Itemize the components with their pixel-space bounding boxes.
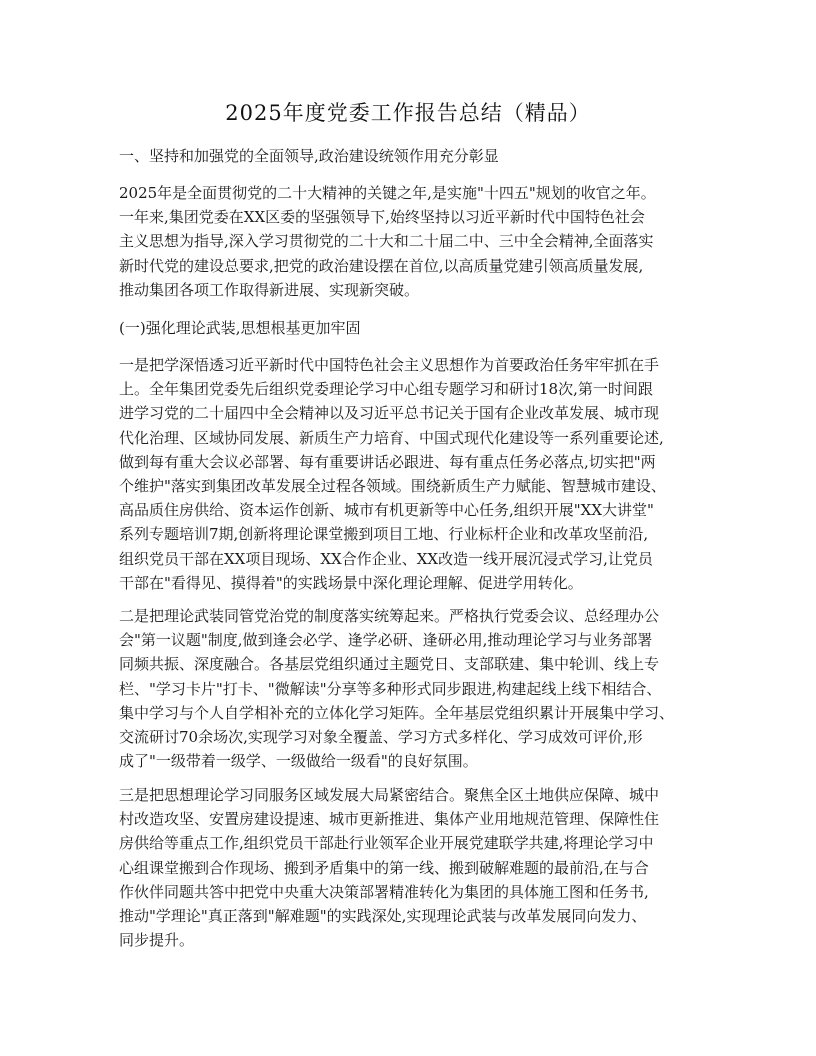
text-line: 三是把思想理论学习同服务区域发展大局紧密结合。聚焦全区土地供应保障、城中 — [119, 783, 659, 807]
text-line: 个维护"落实到集团改革发展全过程各领域。围绕新质生产力赋能、智慧城市建设、 — [119, 474, 666, 498]
text-line: 集中学习与个人自学相补充的立体化学习矩阵。全年基层党组织累计开展集中学习、 — [119, 701, 674, 725]
text-line: 2025年是全面贯彻党的二十大精神的关键之年,是实施"十四五"规划的收官之年。 — [119, 181, 656, 205]
text-line: 推动集团各项工作取得新进展、实现新突破。 — [119, 278, 656, 302]
section-heading: 一、坚持和加强党的全面领导,政治建设统领作用充分彰显 — [119, 145, 499, 166]
text-line: 组织党员干部在XX项目现场、XX合作企业、XX改造一线开展沉浸式学习,让党员 — [119, 547, 666, 571]
text-line: 二是把理论武装同管党治党的制度落实统筹起来。严格执行党委会议、总经理办公 — [119, 604, 674, 628]
text-line: 干部在"看得见、摸得着"的实践场景中深化理论理解、促进学用转化。 — [119, 571, 666, 595]
text-line: 同频共振、深度融合。各基层党组织通过主题党日、支部联建、集中轮训、线上专 — [119, 652, 674, 676]
paragraph-3: 三是把思想理论学习同服务区域发展大局紧密结合。聚焦全区土地供应保障、城中 村改造… — [119, 783, 659, 952]
text-line: 上。全年集团党委先后组织党委理论学习中心组专题学习和研讨18次,第一时间跟 — [119, 377, 666, 401]
text-line: 房供给等重点工作,组织党员干部赴行业领军企业开展党建联学共建,将理论学习中 — [119, 831, 659, 855]
text-line: 同步提升。 — [119, 928, 659, 952]
text-line: 一是把学深悟透习近平新时代中国特色社会主义思想作为首要政治任务牢牢抓在手 — [119, 353, 666, 377]
text-line: 一年来,集团党委在XX区委的坚强领导下,始终坚持以习近平新时代中国特色社会 — [119, 205, 656, 229]
text-line: 新时代党的建设总要求,把党的政治建设摆在首位,以高质量党建引领高质量发展, — [119, 254, 656, 278]
text-line: 成了"一级带着一级学、一级做给一级看"的良好氛围。 — [119, 749, 674, 773]
subsection-heading: (一)强化理论武装,思想根基更加牢固 — [119, 317, 360, 338]
text-line: 主义思想为指导,深入学习贯彻党的二十大和二十届二中、三中全会精神,全面落实 — [119, 229, 656, 253]
text-line: 交流研讨70余场次,实现学习对象全覆盖、学习方式多样化、学习成效可评价,形 — [119, 725, 674, 749]
text-line: 做到每有重大会议必部署、每有重要讲话必跟进、每有重点任务必落点,切实把"两 — [119, 450, 666, 474]
paragraph-1: 一是把学深悟透习近平新时代中国特色社会主义思想作为首要政治任务牢牢抓在手 上。全… — [119, 353, 666, 595]
text-line: 推动"学理论"真正落到"解难题"的实践深处,实现理论武装与改革发展同向发力、 — [119, 904, 659, 928]
document-title: 2025年度党委工作报告总结（精品） — [0, 97, 816, 127]
text-line: 系列专题培训7期,创新将理论课堂搬到项目工地、行业标杆企业和改革攻坚前沿, — [119, 522, 666, 546]
text-line: 代化治理、区域协同发展、新质生产力培育、中国式现代化建设等一系列重要论述, — [119, 426, 666, 450]
text-line: 高品质住房供给、资本运作创新、城市有机更新等中心任务,组织开展"XX大讲堂" — [119, 498, 666, 522]
text-line: 作伙伴同题共答中把党中央重大决策部署精准转化为集团的具体施工图和任务书, — [119, 880, 659, 904]
text-line: 会"第一议题"制度,做到逢会必学、逢学必研、逢研必用,推动理论学习与业务部署 — [119, 628, 674, 652]
text-line: 进学习党的二十届四中全会精神以及习近平总书记关于国有企业改革发展、城市现 — [119, 401, 666, 425]
paragraph-2: 二是把理论武装同管党治党的制度落实统筹起来。严格执行党委会议、总经理办公 会"第… — [119, 604, 674, 773]
text-line: 心组课堂搬到合作现场、搬到矛盾集中的第一线、搬到破解难题的最前沿,在与合 — [119, 856, 659, 880]
intro-paragraph: 2025年是全面贯彻党的二十大精神的关键之年,是实施"十四五"规划的收官之年。 … — [119, 181, 656, 302]
text-line: 村改造攻坚、安置房建设提速、城市更新推进、集体产业用地规范管理、保障性住 — [119, 807, 659, 831]
text-line: 栏、"学习卡片"打卡、"微解读"分享等多种形式同步跟进,构建起线上线下相结合、 — [119, 677, 674, 701]
